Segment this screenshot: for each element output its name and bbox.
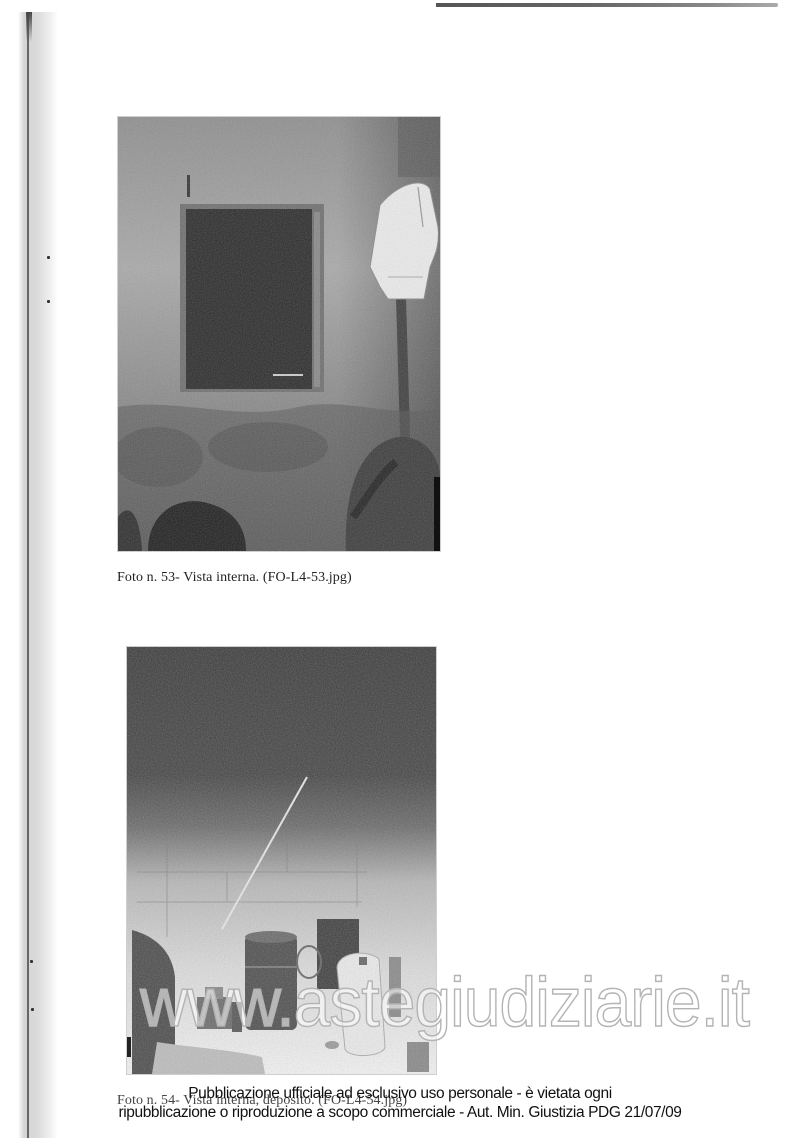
scan-speck xyxy=(47,300,50,303)
page-edge-line xyxy=(27,12,29,1138)
legal-notice-line1: Pubblicazione ufficiale ad esclusivo uso… xyxy=(188,1085,612,1102)
photo-caption: Foto n. 53- Vista interna. (FO-L4-53.jpg… xyxy=(117,570,352,586)
scan-top-rule xyxy=(436,3,778,7)
legal-notice-line2: ripubblicazione o riproduzione a scopo c… xyxy=(100,1103,700,1122)
scan-speck xyxy=(30,960,33,963)
scan-speck xyxy=(31,1008,34,1011)
page-edge-shadow xyxy=(26,12,32,42)
watermark-text: www.astegiudiziarie.it xyxy=(140,960,650,1044)
photo-interior-view xyxy=(117,116,441,552)
scan-speck xyxy=(47,256,50,259)
legal-notice: Pubblicazione ufficiale ad esclusivo uso… xyxy=(100,1084,700,1122)
scan-left-margin xyxy=(18,12,58,1138)
photo-53-image xyxy=(118,117,440,551)
